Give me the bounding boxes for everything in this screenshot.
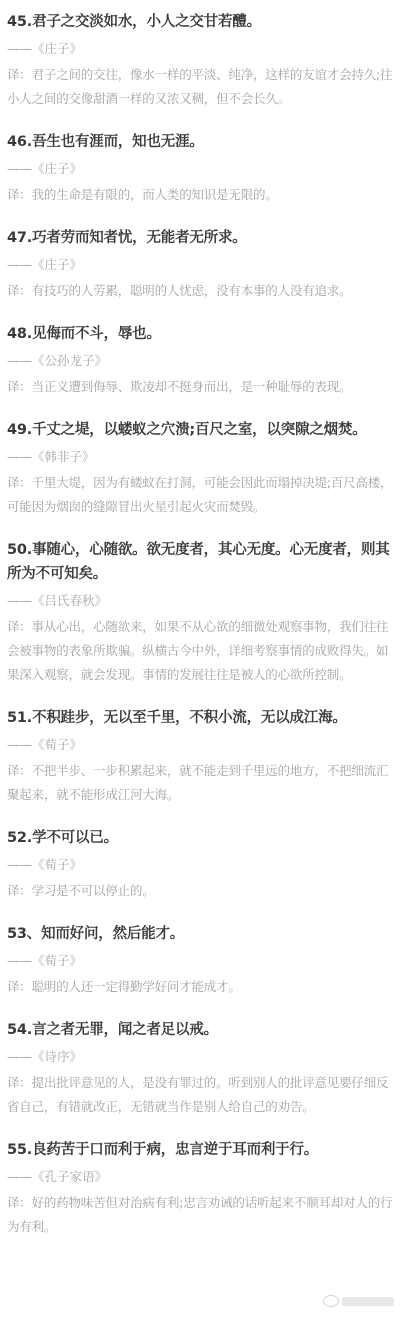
quote-title: 49.千丈之堤，以蝼蚁之穴溃;百尺之室，以突隙之烟焚。 <box>7 418 394 442</box>
quote-entry-50: 50.事随心，心随欲。欲无度者，其心无度。心无度者，则其所为不可知矣。 ——《吕… <box>7 538 394 687</box>
quote-title: 52.学不可以已。 <box>7 826 394 850</box>
quote-source: ——《诗序》 <box>7 1046 394 1068</box>
quote-entry-48: 48.见侮而不斗，辱也。 ——《公孙龙子》 译：当正义遭到侮辱、欺凌却不挺身而出… <box>7 322 394 399</box>
quote-title: 47.巧者劳而知者忧，无能者无所求。 <box>7 226 394 250</box>
weibo-logo-icon <box>323 1295 339 1307</box>
quote-title: 45.君子之交淡如水，小人之交甘若醴。 <box>7 10 394 34</box>
watermark-handle <box>342 1297 394 1306</box>
quote-translation: 译：我的生命是有限的，而人类的知识是无限的。 <box>7 183 394 207</box>
quote-entry-53: 53、知而好问，然后能才。 ——《荀子》 译：聪明的人还一定得勤学好问才能成才。 <box>7 922 394 999</box>
quote-translation: 译：事从心出，心随欲来，如果不从心欲的细微处观察事物，我们往往会被事物的表象所欺… <box>7 615 394 687</box>
quote-entry-47: 47.巧者劳而知者忧，无能者无所求。 ——《庄子》 译：有技巧的人劳累，聪明的人… <box>7 226 394 303</box>
quote-source: ——《荀子》 <box>7 950 394 972</box>
quote-source: ——《庄子》 <box>7 254 394 276</box>
quote-title: 55.良药苦于口而利于病，忠言逆于耳而利于行。 <box>7 1138 394 1162</box>
quote-translation: 译：君子之间的交往，像水一样的平淡、纯净，这样的友谊才会持久;往小人之间的交像甜… <box>7 63 394 111</box>
quote-entry-49: 49.千丈之堤，以蝼蚁之穴溃;百尺之室，以突隙之烟焚。 ——《韩非子》 译：千里… <box>7 418 394 519</box>
quote-entry-45: 45.君子之交淡如水，小人之交甘若醴。 ——《庄子》 译：君子之间的交往，像水一… <box>7 10 394 111</box>
quote-title: 53、知而好问，然后能才。 <box>7 922 394 946</box>
quote-source: ——《荀子》 <box>7 734 394 756</box>
quote-title: 50.事随心，心随欲。欲无度者，其心无度。心无度者，则其所为不可知矣。 <box>7 538 394 586</box>
quote-translation: 译：不把半步、一步积累起来，就不能走到千里远的地方，不把细流汇聚起来，就不能形成… <box>7 759 394 807</box>
quote-translation: 译：学习是不可以停止的。 <box>7 879 394 903</box>
quote-translation: 译：有技巧的人劳累，聪明的人忧虑，没有本事的人没有追求。 <box>7 279 394 303</box>
quote-translation: 译：聪明的人还一定得勤学好问才能成才。 <box>7 975 394 999</box>
quote-title: 51.不积跬步，无以至千里，不积小流，无以成江海。 <box>7 706 394 730</box>
quote-source: ——《庄子》 <box>7 158 394 180</box>
quote-list: 45.君子之交淡如水，小人之交甘若醴。 ——《庄子》 译：君子之间的交往，像水一… <box>0 0 400 1239</box>
quote-translation: 译：好的药物味苦但对治病有利;忠言劝诫的话听起来不顺耳却对人的行为有利。 <box>7 1191 394 1239</box>
quote-title: 54.言之者无罪，闻之者足以戒。 <box>7 1018 394 1042</box>
quote-source: ——《韩非子》 <box>7 446 394 468</box>
quote-source: ——《孔子家语》 <box>7 1166 394 1188</box>
quote-entry-51: 51.不积跬步，无以至千里，不积小流，无以成江海。 ——《荀子》 译：不把半步、… <box>7 706 394 807</box>
quote-source: ——《公孙龙子》 <box>7 350 394 372</box>
weibo-watermark <box>323 1295 394 1307</box>
quote-translation: 译：当正义遭到侮辱、欺凌却不挺身而出，是一种耻辱的表现。 <box>7 375 394 399</box>
quote-title: 48.见侮而不斗，辱也。 <box>7 322 394 346</box>
quote-entry-54: 54.言之者无罪，闻之者足以戒。 ——《诗序》 译：提出批评意见的人，是没有罪过… <box>7 1018 394 1119</box>
quote-title: 46.吾生也有涯而，知也无涯。 <box>7 130 394 154</box>
quote-source: ——《吕氏春秋》 <box>7 590 394 612</box>
quote-translation: 译：千里大堤，因为有蝼蚁在打洞，可能会因此而塌掉决堤;百尺高楼，可能因为烟囱的缝… <box>7 471 394 519</box>
quote-source: ——《荀子》 <box>7 854 394 876</box>
quote-source: ——《庄子》 <box>7 38 394 60</box>
quote-entry-55: 55.良药苦于口而利于病，忠言逆于耳而利于行。 ——《孔子家语》 译：好的药物味… <box>7 1138 394 1239</box>
quote-translation: 译：提出批评意见的人，是没有罪过的。听到别人的批评意见要仔细反省自己，有错就改正… <box>7 1071 394 1119</box>
quote-entry-52: 52.学不可以已。 ——《荀子》 译：学习是不可以停止的。 <box>7 826 394 903</box>
quote-entry-46: 46.吾生也有涯而，知也无涯。 ——《庄子》 译：我的生命是有限的，而人类的知识… <box>7 130 394 207</box>
